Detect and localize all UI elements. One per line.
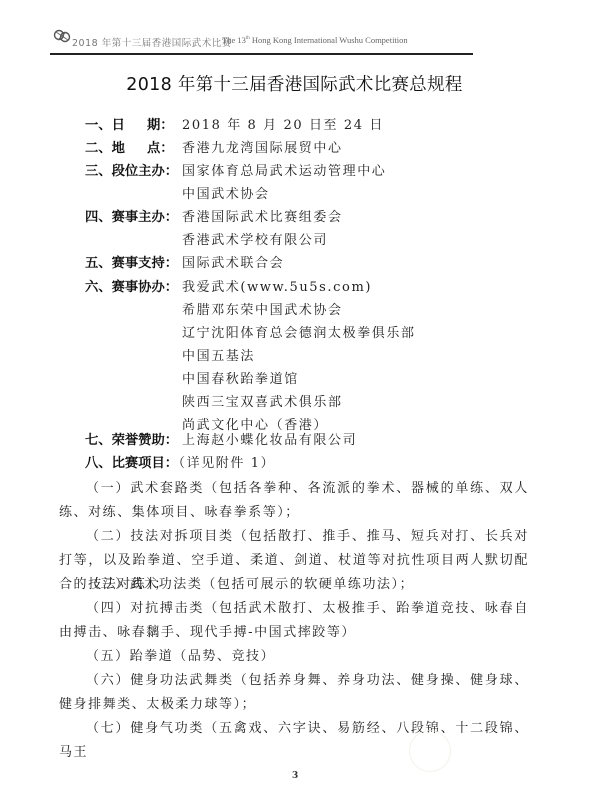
item-value: 中国武术协会 (182, 187, 270, 203)
item-value: 尚武文化中心（香港） (182, 418, 328, 434)
item-label: 六、赛事协办： (85, 280, 185, 296)
item-label: 四、赛事主办： (85, 210, 185, 226)
item-value: （详见附件 1） (172, 456, 275, 472)
item-value: 2018 年 8 月 20 日至 24 日 (182, 118, 384, 134)
header-english-title: The 13th Hong Kong International Wushu C… (222, 35, 408, 45)
item-label: 一、日期： (85, 118, 185, 134)
item-value: 希腊邓东荣中国武术协会 (182, 303, 343, 319)
item-value: 香港九龙湾国际展贸中心 (182, 141, 343, 157)
item-label: 二、地点： (85, 141, 185, 157)
category-paragraph: （四）对抗搏击类（包括武术散打、太极推手、跆拳道竞技、咏春自由搏击、咏春黐手、现… (59, 597, 529, 645)
item-value: 上海赵小蝶化妆品有限公司 (182, 433, 357, 449)
item-label: 五、赛事支持： (85, 256, 185, 272)
category-paragraph: （六）健身功法武舞类（包括养身舞、养身功法、健身操、健身球、健身排舞类、太极柔力… (59, 669, 529, 717)
item-value: 中国春秋跆拳道馆 (182, 372, 299, 388)
header-divider (50, 53, 473, 55)
item-value: 中国五基法 (182, 349, 255, 365)
category-paragraph: （一）武术套路类（包括各拳种、各流派的拳术、器械的单练、双人练、对练、集体项目、… (59, 477, 529, 525)
running-header: 2018 年第十三届香港国际武术比赛 The 13th Hong Kong In… (50, 28, 474, 52)
item-value: 辽宁沈阳体育总会德润太极拳俱乐部 (182, 326, 416, 342)
category-paragraph: （七）健身气功类（五禽戏、六字诀、易筋经、八段锦、十二段锦、马王 (59, 717, 529, 765)
category-paragraph: （三）武术功法类（包括可展示的软硬单练功法）； (59, 573, 529, 597)
item-value: 香港国际武术比赛组委会 (182, 210, 343, 226)
item-label: 三、段位主办： (85, 164, 185, 180)
item-value: 香港武术学校有限公司 (182, 233, 328, 249)
item-value: 我爱武术(www.5u5s.com) (182, 280, 372, 296)
item-value: 国家体育总局武术运动管理中心 (182, 164, 386, 180)
wushu-logo-icon (53, 29, 71, 43)
category-paragraph: （五）跆拳道（品势、竞技） (59, 645, 529, 669)
item-value: 陕西三宝双喜武术俱乐部 (182, 395, 343, 411)
header-chinese-title: 2018 年第十三届香港国际武术比赛 (72, 35, 232, 49)
item-label: 七、荣誉赞助： (85, 433, 185, 449)
item-label: 八、比赛项目： (85, 456, 185, 472)
page-number: 3 (292, 771, 298, 781)
watermark-stamp-icon (409, 730, 451, 772)
item-value: 国际武术联合会 (182, 256, 284, 272)
document-title: 2018 年第十三届香港国际武术比赛总规程 (0, 71, 589, 96)
